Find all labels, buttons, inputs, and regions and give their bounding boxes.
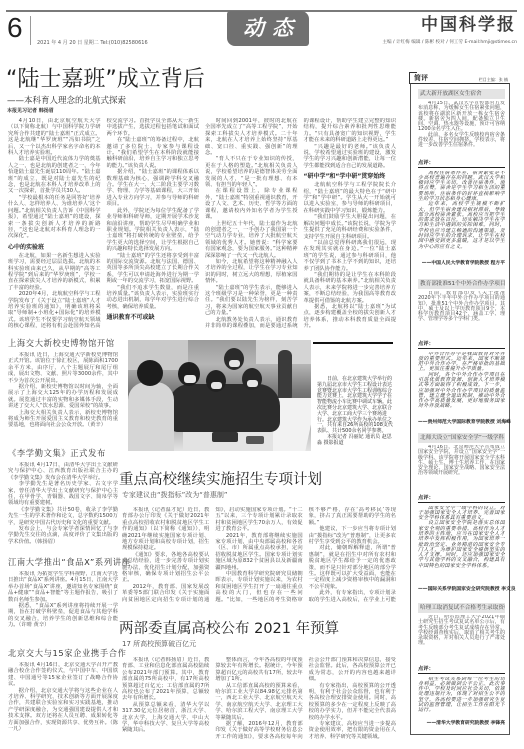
- sidebar-item-body: 日前，教育部印发《关于批准2020年下半年中外合作办学项目的通知》，批准51个中…: [418, 291, 505, 333]
- brief-news-body: 本报讯 4月17日，由清华大学出土文献研究与保护中心、江西教育出版社联合主办的《…: [8, 462, 118, 548]
- masthead-logo: 中国科学报: [421, 14, 516, 36]
- photo-mask: [184, 375, 196, 383]
- paragraph: 同时，各个中外合作办学项目在引进优质教育资源、创新人才培养模式等方面取得了积极成…: [418, 373, 505, 410]
- paragraph: “陆士嘉班”的学生还将享受到丰富的国际交流资源。北航与法国、德国、英国等多所顶尖…: [107, 253, 200, 285]
- paragraph: 此前，多名女学生反映校内宿舍条件较差、住宿空间拥挤。学校表示，将进一步改善学生住…: [418, 133, 505, 149]
- paragraph: 李学勤先生是著名历史学家、古文字学家，曾任清华大学出土文献研究与保护中心主任，在…: [8, 481, 118, 507]
- date-line: 2021 年 4 月 20 日 星期二 Tel:(010)82580616: [37, 40, 148, 46]
- comment-signoff: ——贵州师范大学国际教育学院教授 刘海峰: [418, 420, 505, 426]
- paragraph: 本报讯 为拓宽学生学科视野，江南大学近日推出“食品X”系列讲座。4月15日，江南…: [8, 571, 118, 603]
- lead-headline: “陆士嘉班”成立背后: [6, 66, 205, 93]
- paragraph: 据介绍，新校史博物馆以时间为轴，全面展示了上海交大125年的办学历程和发展成就。…: [8, 384, 118, 410]
- sidebar-item-body: 4月15日，武汉大学宣传部官方发布消息称，为缓解女生住宿紧张问题，该校将在湖滨区…: [418, 101, 505, 153]
- sidebar-item: 武大新开放湖区女生宿舍 4月15日，武汉大学宣传部官方发布消息称，为缓解女生住宿…: [418, 89, 505, 267]
- paragraph: “我们期待的是让学生在本科阶段就具备科研的基本素养。”北航相关负责人表示，未来学…: [304, 272, 397, 304]
- photo-caption: 日前，在北京建筑大学举行的第九届北京市大学生工程设计表达竞赛暨北京市大学生工程训…: [317, 377, 394, 459]
- section-subhead: 心中的实验班: [8, 244, 101, 251]
- photo-mask: [211, 382, 222, 389]
- lead-subheadline: ——本科育人理念的北航式探索: [7, 96, 126, 106]
- paragraph: 上海交大相关负责人表示，新校史博物馆将成为师生开展爱国主义教育和校史教育的重要基…: [8, 410, 118, 429]
- paragraph: 在“陆士嘉班”的筹备过程中，北航邀请了多位院士、专家参与课程设计。“我们希望学生…: [107, 137, 200, 169]
- comment-label: 点评：: [418, 495, 505, 503]
- paragraph: 据悉，“食品X”系列讲座将持续开展一学期，旨在打破学科壁垒，促进食品与其他学科的…: [8, 603, 118, 629]
- paragraph: 本报讯（记者温才妃）近日，教育部办公厅印发《关于做好2021年重点高校招收农村和…: [122, 507, 209, 552]
- photo-group-bodies: [168, 384, 280, 432]
- budget-headline: 两部委直属高校公布 2021 年预算: [119, 620, 339, 638]
- sidebar-item: 北师大设立“国家安全学”一级学科 4月16日，北京师范大学宣布成立国家安全学院，…: [418, 433, 505, 593]
- sidebar-item-body: 近日，哈尔滨理工大学2021年硕士研究生招生考试复试名单公示后，有考生反映部分考…: [418, 615, 505, 657]
- paragraph: 上世纪五十年代，陆士嘉作为北航的创建者之一，一手创办了我国第一个空气动力学专业，…: [205, 221, 298, 259]
- section-tab-label: 动态: [227, 11, 309, 46]
- comment-label: 点评：: [418, 341, 505, 349]
- paragraph: 专家建议，高校应当进一步提高资金使用效率，把有限的资金用在人才培养、科学研究等关…: [309, 721, 396, 740]
- paragraph: 时间回到2001年，彼时的北航在全国率先成立了“高等工程学院”，开始探索工科拔尖…: [205, 118, 298, 156]
- enrollment-body: 本报讯（记者温才妃）近日，教育部办公厅印发《关于做好2021年重点高校招收农村和…: [122, 507, 396, 608]
- paragraph: 从工信部直属高校的预算来看，哈尔滨工业大学以84.98亿元排名第一，西北工业大学…: [215, 683, 302, 721]
- paragraph: 本报讯 4月17日，由清华大学出土文献研究与保护中心、江西教育出版社联合主办的《…: [8, 462, 118, 481]
- sidebar-item: 哈理工取消复试不合格考生录取资格 近日，哈尔滨理工大学2021年硕士研究生招生考…: [418, 603, 505, 727]
- comment-body: 国家安全学一级学科的设立，对于加强国家安全人才培养、完善国家安全学科体系具有重要…: [418, 506, 505, 587]
- section-tab: 动态: [227, 11, 309, 46]
- photo-mask: [247, 380, 258, 387]
- page-number: 6: [7, 12, 23, 44]
- sidebar-item: 教育部批准51个中外合作办学项目 日前，教育部印发《关于批准2020年下半年中外…: [418, 279, 505, 426]
- brief-news-item: 上海交大新校史博物馆开馆 本报讯 近日，上海交通大学新校史博物馆正式开馆。该馆位…: [8, 338, 118, 440]
- section-subhead: “研中学”和“学中研”贯穿始终: [304, 173, 397, 180]
- paragraph: 《李学勤文集》共计50卷，收录了李学勤先生一生的学术著作和论文，总字数约1500…: [8, 507, 118, 526]
- brief-news-item: 《李学勤文集》正式发布 本报讯 4月17日，由清华大学出土文献研究与保护中心、江…: [8, 448, 118, 548]
- paragraph: “以前总觉得科研离我们很远，现在发现其实就在身边。”一位“陆士嘉班”的学生说，通…: [304, 240, 397, 272]
- photo-robot-car: [212, 432, 238, 442]
- paragraph: 在课程设置上，除专业课程外，“陆士嘉班”特别重视通识教育，开设了人文、艺术、历史…: [205, 188, 298, 220]
- brief-news-item: 江南大学推出“食品X”系列讲座 本报讯 为拓宽学生学科视野，江南大学近日推出“食…: [8, 557, 118, 637]
- budget-subheadline: 17 所高校预算破百亿元: [122, 640, 196, 648]
- comment-label: 点评：: [418, 666, 505, 674]
- paragraph: 有专家指出，高校预算的公开透明，有利于社会公众监督，也有利于各高校合理安排资金使…: [309, 683, 396, 721]
- brief-news-item: 北京交大与15家企业携手合作 本报讯 4月16日，北京交通大学召开产教融合校企合…: [8, 648, 118, 748]
- paragraph: 日前，教育部印发《关于批准2020年下半年中外合作办学项目的通知》，批准51个中…: [418, 291, 505, 323]
- paragraph: 《通知》要求，各地各高校要认真总结经验，进一步完善专项计划实施办法，优化招生计划…: [122, 552, 209, 584]
- paragraph: 北航航空科学与工程学院院长介绍，“陆士嘉班”的最大特色在于“研中学”和“学中研”…: [304, 182, 397, 214]
- paragraph: 中外合作办学是我国教育对外开放的重要形式。近年来，国家不断规范中外合作办学，在严…: [418, 352, 505, 373]
- comment-signoff: ——国际关系学院国家安全研究院教授 李文良: [418, 587, 505, 593]
- brief-news-title: 北京交大与15家企业携手合作: [8, 648, 118, 659]
- paragraph: 整体而言，今年各高校的年度预算较去年有所增长。据统计，今年预算超百亿元的高校共有…: [215, 657, 302, 683]
- sidebar-item-title: 哈理工取消复试不合格考生录取资格: [418, 603, 505, 613]
- brief-news-title: 江南大学推出“食品X”系列讲座: [8, 557, 118, 568]
- photo-standing-person: [278, 350, 292, 402]
- paragraph: 从预算总额来看，清华大学以317.30亿元位居榜首，浙江大学、北京大学、上海交通…: [122, 702, 209, 734]
- news-photo: [128, 340, 311, 451]
- photo-student-white-jacket: [128, 382, 174, 451]
- paragraph: 对此，储朝晖解释道，所谓“普惠制”，就是在招生中对所有农村和脱贫地区学生都给予一…: [309, 545, 396, 590]
- caption-text: 日前，在北京建筑大学举行的第九届北京市大学生工程设计表达竞赛暨北京市大学生工程训…: [317, 377, 394, 435]
- paragraph: 本报讯 近日，上海交通大学新校史博物馆正式开馆。该馆位于徐汇校区，展陈面积170…: [8, 352, 118, 384]
- paragraph: 近日，哈尔滨理工大学2021年硕士研究生招生考试复试名单公示后，有考生反映部分考…: [418, 615, 505, 647]
- paragraph: 发布会上，与会专家学者深情回忆了与李学勤先生交往的点滴，高度评价了文集出版的学术…: [8, 526, 118, 545]
- brief-news-body: 本报讯 近日，上海交通大学新校史博物馆正式开馆。该馆位于徐汇校区，展陈面积170…: [8, 352, 118, 440]
- paragraph: 本报讯 4月16日，北京交通大学召开产教融合校企合作签约仪式，与中国中车、中国铁…: [8, 662, 118, 688]
- paragraph: “兴趣是最好的老师。”该负责人说，学校希望通过实验班的建设，激发学生的学习兴趣和…: [304, 144, 397, 170]
- comment-label: 点评：: [418, 160, 505, 168]
- sidebar-label: 简评: [414, 74, 428, 82]
- brief-news-body: 本报讯 为拓宽学生学科视野，江南大学近日推出“食品X”系列讲座。4月15日，江南…: [8, 571, 118, 637]
- comment-signoff: ——中国人民大学教育学院教授 程方平: [418, 261, 505, 267]
- caption-rule: [313, 342, 393, 344]
- paragraph: 4月10日，由北京航空航天大学（以下简称北航）与中国科学院力学研究所合作共建的“…: [8, 118, 101, 156]
- brief-news-body: 本报讯 4月16日，北京交通大学召开产教融合校企合作签约仪式，与中国中车、中国铁…: [8, 662, 118, 748]
- paragraph: 陆士嘉是中国近代流体力学的奠基人之一，也是北航的创建者之一，今年恰逢陆士嘉先生诞…: [8, 156, 101, 194]
- brief-news-title: 上海交大新校史博物馆开馆: [8, 338, 118, 349]
- header-divider: [30, 16, 31, 45]
- brief-news-title: 《李学勤文集》正式发布: [8, 448, 118, 459]
- enrollment-subheadline: 专家建议由“拨指标”改为“普惠制”: [122, 491, 228, 499]
- section-subhead: 通识教育不可或缺: [107, 314, 200, 321]
- photo-head: [137, 360, 163, 386]
- paragraph: 近年来，高校学生规模不断扩大，但学生宿舍建设相对滞后，导致部分高校宿舍紧张。高校…: [418, 202, 505, 250]
- lead-body: 4月10日，由北京航空航天大学（以下简称北航）与中国科学院力学研究所合作共建的“…: [8, 118, 396, 330]
- paragraph: 2021年，教育部将继续实施国家专项计划，由中央部属高校和各省（区、市）所属重点…: [215, 533, 302, 571]
- paragraph: 他建议，下一步应当将专项计划由“拨指标”改为“普惠制”，让更多农村学生享受到公平…: [309, 526, 396, 545]
- sidebar-item-title: 武大新开放湖区女生宿舍: [418, 89, 505, 99]
- sidebar-item-title: 北师大设立“国家安全学”一级学科: [418, 433, 505, 443]
- comment-signoff: ——清华大学教育研究院教授 李锋亮: [418, 721, 505, 727]
- sidebar-item-title: 教育部批准51个中外合作办学项目: [418, 279, 505, 289]
- paragraph: 据介绍，“陆士嘉班”的课程体系以数理基础为核心，强调跨学科交叉融合。学生在大一、…: [107, 169, 200, 207]
- photo-mask: [229, 360, 240, 367]
- paragraph: 4月15日，武汉大学宣传部官方发布消息称，为缓解女生住宿紧张问题，该校将在湖滨区…: [418, 101, 505, 133]
- paragraph: 4月16日，北京师范大学宣布成立国家安全学院，并设立“国家安全学”一级学科。该学…: [418, 445, 505, 477]
- paragraph: “育人不只在于专业知识的传授，更在于人格的塑造。”北航相关负责人说，学校希望培养…: [205, 156, 298, 188]
- paragraph: “我们鼓励学生大胆提出问题，在解决问题中成长。”该院长说，学院为学生提供了充足的…: [304, 214, 397, 240]
- comment-body: 中外合作办学是我国教育对外开放的重要形式。近年来，国家不断规范中外合作办学，在严…: [418, 352, 505, 420]
- comment-body: 招生考试关系到每一位考生的切身利益，必须做到公平公正。此次事件中，学校及时回应社…: [418, 677, 505, 721]
- paragraph: 高校住宿条件差、宿舍紧张是不少高校普遍存在的问题。武汉大学积极回应学生关切，改善…: [418, 171, 505, 203]
- budget-body: 本报讯（记者韩扬眉）近日，教育部、工业和信息化部直属高校陆续公布2021年部门预…: [122, 657, 396, 746]
- paragraph: 国家安全学一级学科的设立，对于加强国家安全人才培养、完善国家安全学科体系具有重要…: [418, 506, 505, 522]
- sidebar-editor: 栏目主编：张 楠: [479, 77, 508, 82]
- photo-robot-car: [246, 436, 264, 444]
- lead-byline: 本报见习记者 韩扬眉: [7, 108, 54, 114]
- paragraph: 在北航，如果一名新生想进入实验班学习，需要经过层层选拔。北航的本科实验班由来已久…: [8, 253, 101, 291]
- paragraph: 据悉，北航将以“陆士嘉班”为试点，逐步构建覆盖全校的拔尖创新人才培养体系，推动本…: [304, 304, 397, 330]
- paragraph: “陆士嘉班”的学生表示，能够进入这个班级学习是一种荣誉，更是一种责任。“我们要以…: [205, 285, 298, 317]
- paragraph: “我们不追求学生数量，而是注重培养质量。”该负责人表示，实验班实行动态进出机制，…: [107, 285, 200, 311]
- paragraph: 招生考试关系到每一位考生的切身利益，必须做到公平公正。此次事件中，学校及时回应社…: [418, 677, 505, 714]
- comment-body: 高校住宿条件差、宿舍紧张是不少高校普遍存在的问题。武汉大学积极回应学生关切，改善…: [418, 171, 505, 261]
- paragraph: 设立国家安全学院是落实总体国家安全观的重要举措。高校作为人才培养的主阵地，应当在…: [418, 521, 505, 569]
- paragraph: “学校最根本的任务是回答好‘培养什么人、怎样培养人、为谁培养人’这个问题。”北航…: [8, 195, 101, 240]
- paragraph: 如今，北航希望将这种精神融入人才培养的全过程，让学生在学习专业知识的同时，树立远…: [205, 259, 298, 285]
- enrollment-headline: 重点高校继续实施招生专项计划: [119, 471, 322, 489]
- paragraph: 据介绍，北京交通大学将与这些企业在人才培养、科学研究、技术创新等方面开展深度合作…: [8, 688, 118, 733]
- paragraph: 此外，学院还为每位学生配备了学业导师和科研导师，定期开展学术沙龙和前沿讲座，帮助…: [107, 208, 200, 253]
- photo-credit: 本报记者 冯丽妃 通讯员 赵思淼 摄影报道: [317, 435, 394, 447]
- sidebar-item-body: 4月16日，北京师范大学宣布成立国家安全学院，并设立“国家安全学”一级学科。该学…: [418, 445, 505, 489]
- editor-credits: 主编 / 计红梅 编辑 / 陈彬 校对 / 何工劳 E-mail:hmji@st…: [382, 40, 517, 46]
- paragraph: 本报讯（记者韩扬眉）近日，教育部、工业和信息化部直属高校陆续公布2021年部门预…: [122, 657, 209, 702]
